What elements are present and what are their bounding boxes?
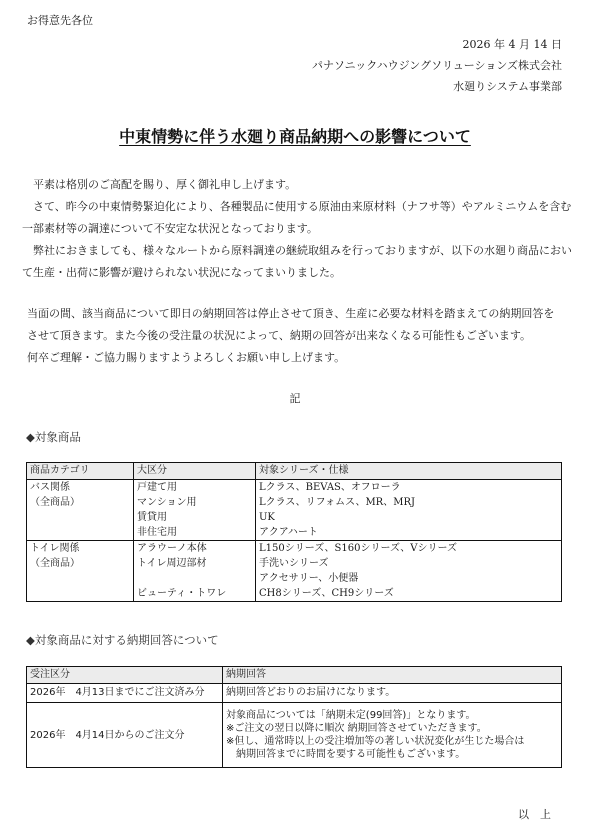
body-line: 弊社におきましても、様々なルートから原料調達の継続取組みを行っておりますが、以下… <box>22 240 572 262</box>
delivery-answer-cell: 対象商品については「納期未定(99回答)」となります。 ※ご注文の翌日以降に順次… <box>223 703 562 768</box>
order-category-cell: 2026年 4月13日までにご注文済み分 <box>27 684 223 703</box>
table-cell: アラウーノ本体 <box>134 541 256 557</box>
table-cell: CH8シリーズ、CH9シリーズ <box>256 586 562 602</box>
header-cell: 納期回答 <box>223 667 562 684</box>
table-cell: アクアハート <box>256 525 562 541</box>
letter-date: 2026 年 4 月 14 日 <box>463 36 562 52</box>
table-cell: Lクラス、BEVAS、オフローラ <box>256 480 562 496</box>
addressee: お得意先各位 <box>27 12 93 28</box>
body-paragraph-2: 当面の間、該当商品について即日の納期回答は停止させて頂き、生産に必要な材料を踏ま… <box>27 303 554 369</box>
delivery-answer-table: 受注区分 納期回答 2026年 4月13日までにご注文済み分 納期回答どおりのお… <box>26 666 562 768</box>
target-products-table: 商品カテゴリ 大区分 対象シリーズ・仕様 バス関係 戸建て用 Lクラス、BEVA… <box>26 462 562 602</box>
table-header-row: 商品カテゴリ 大区分 対象シリーズ・仕様 <box>27 463 562 480</box>
header-cell: 商品カテゴリ <box>27 463 134 480</box>
closing-mark: 以 上 <box>518 806 551 822</box>
table-cell: バス関係 <box>27 480 134 496</box>
table-cell <box>27 586 134 602</box>
table-row: 2026年 4月14日からのご注文分 対象商品については「納期未定(99回答)」… <box>27 703 562 768</box>
table-row: 賃貸用 UK <box>27 510 562 525</box>
table-cell <box>27 571 134 586</box>
header-cell: 対象シリーズ・仕様 <box>256 463 562 480</box>
body-line: 平素は格別のご高配を賜り、厚く御礼申し上げます。 <box>22 174 572 196</box>
header-cell: 大区分 <box>134 463 256 480</box>
body-line: 一部素材等の調達について不安定な状況となっております。 <box>22 218 572 240</box>
table-cell: 戸建て用 <box>134 480 256 496</box>
table-row: （全商品） トイレ周辺部材 手洗いシリーズ <box>27 556 562 571</box>
table-row: 2026年 4月13日までにご注文済み分 納期回答どおりのお届けになります。 <box>27 684 562 703</box>
table-cell <box>27 525 134 541</box>
division-name: 水廻りシステム事業部 <box>453 78 562 94</box>
table-row: トイレ関係 アラウーノ本体 L150シリーズ、S160シリーズ、Vシリーズ <box>27 541 562 557</box>
body-line: させて頂きます。また今後の受注量の状況によって、納期の回答が出来なくなる可能性も… <box>27 325 554 347</box>
order-category-cell: 2026年 4月14日からのご注文分 <box>27 703 223 768</box>
body-line: 当面の間、該当商品について即日の納期回答は停止させて頂き、生産に必要な材料を踏ま… <box>27 303 554 325</box>
table-cell: 賃貸用 <box>134 510 256 525</box>
body-line: て生産・出荷に影響が避けられない状況になってまいりました。 <box>22 262 572 284</box>
section-heading-target-products: ◆対象商品 <box>26 429 81 445</box>
table-cell: L150シリーズ、S160シリーズ、Vシリーズ <box>256 541 562 557</box>
header-cell: 受注区分 <box>27 667 223 684</box>
answer-line: ※ご注文の翌日以降に順次 納期回答させていただきます。 <box>226 722 558 735</box>
table-row: アクセサリー、小便器 <box>27 571 562 586</box>
table-cell: トイレ周辺部材 <box>134 556 256 571</box>
table-cell <box>134 571 256 586</box>
body-paragraph-1: 平素は格別のご高配を賜り、厚く御礼申し上げます。 さて、昨今の中東情勢緊迫化によ… <box>22 174 572 284</box>
body-line: 何卒ご理解・ご協力賜りますようよろしくお願い申し上げます。 <box>27 347 554 369</box>
table-cell: （全商品） <box>27 495 134 510</box>
company-name: パナソニックハウジングソリューションズ株式会社 <box>312 57 562 73</box>
delivery-answer-cell: 納期回答どおりのお届けになります。 <box>223 684 562 703</box>
table-cell: アクセサリー、小便器 <box>256 571 562 586</box>
table-row: ビューティ・トワレ CH8シリーズ、CH9シリーズ <box>27 586 562 602</box>
ki-marker: 記 <box>0 390 590 406</box>
table-row: （全商品） マンション用 Lクラス、リフォムス、MR、MRJ <box>27 495 562 510</box>
answer-line: 納期回答までに時間を要する可能性もございます。 <box>226 748 558 761</box>
table-cell: ビューティ・トワレ <box>134 586 256 602</box>
table-cell: マンション用 <box>134 495 256 510</box>
answer-line: 対象商品については「納期未定(99回答)」となります。 <box>226 709 558 722</box>
table-row: 非住宅用 アクアハート <box>27 525 562 541</box>
table-cell: Lクラス、リフォムス、MR、MRJ <box>256 495 562 510</box>
table-cell: トイレ関係 <box>27 541 134 557</box>
table-cell: 手洗いシリーズ <box>256 556 562 571</box>
table-header-row: 受注区分 納期回答 <box>27 667 562 684</box>
document-title: 中東情勢に伴う水廻り商品納期への影響について <box>0 124 590 147</box>
table-row: バス関係 戸建て用 Lクラス、BEVAS、オフローラ <box>27 480 562 496</box>
section-heading-delivery-answer: ◆対象商品に対する納期回答について <box>26 632 219 648</box>
table-cell: UK <box>256 510 562 525</box>
table-cell: （全商品） <box>27 556 134 571</box>
body-line: さて、昨今の中東情勢緊迫化により、各種製品に使用する原油由来原材料（ナフサ等）や… <box>22 196 572 218</box>
answer-line: ※但し、通常時以上の受注増加等の著しい状況変化が生じた場合は <box>226 735 558 748</box>
table-cell <box>27 510 134 525</box>
table-cell: 非住宅用 <box>134 525 256 541</box>
